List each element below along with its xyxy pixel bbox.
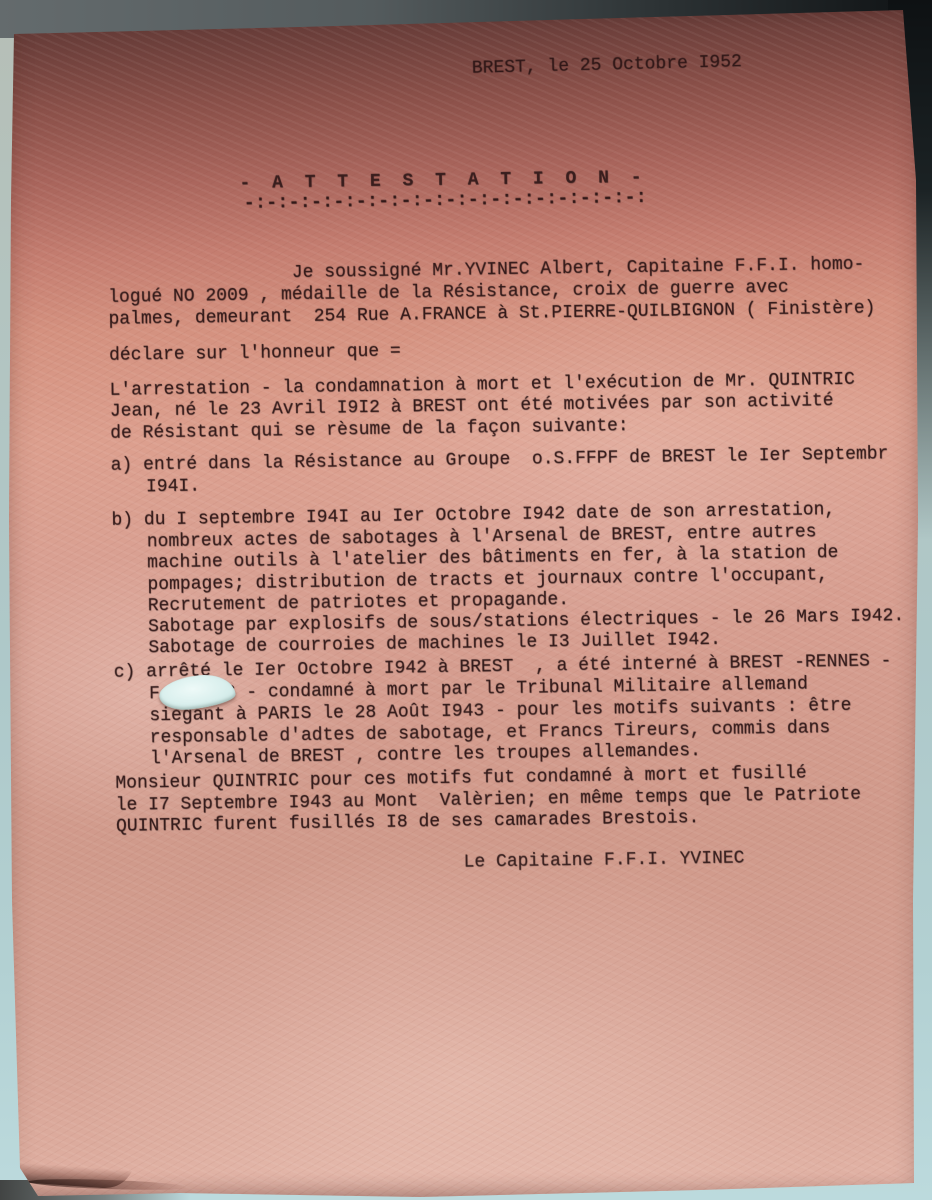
document-paper: BREST, le 25 Octobre I952 - A T T E S T … <box>0 0 932 1200</box>
body-line: I94I. <box>146 477 200 498</box>
document-photo: BREST, le 25 Octobre I952 - A T T E S T … <box>0 0 932 1200</box>
signature-line: Le Capitaine F.F.I. YVINEC <box>463 848 744 872</box>
body-line: déclare sur l'honneur que = <box>109 342 401 366</box>
typewritten-text: BREST, le 25 Octobre I952 - A T T E S T … <box>0 0 932 1200</box>
body-line-item-a: a) entré dans la Résistance au Groupe o.… <box>111 444 889 476</box>
date-line: BREST, le 25 Octobre I952 <box>472 52 742 79</box>
